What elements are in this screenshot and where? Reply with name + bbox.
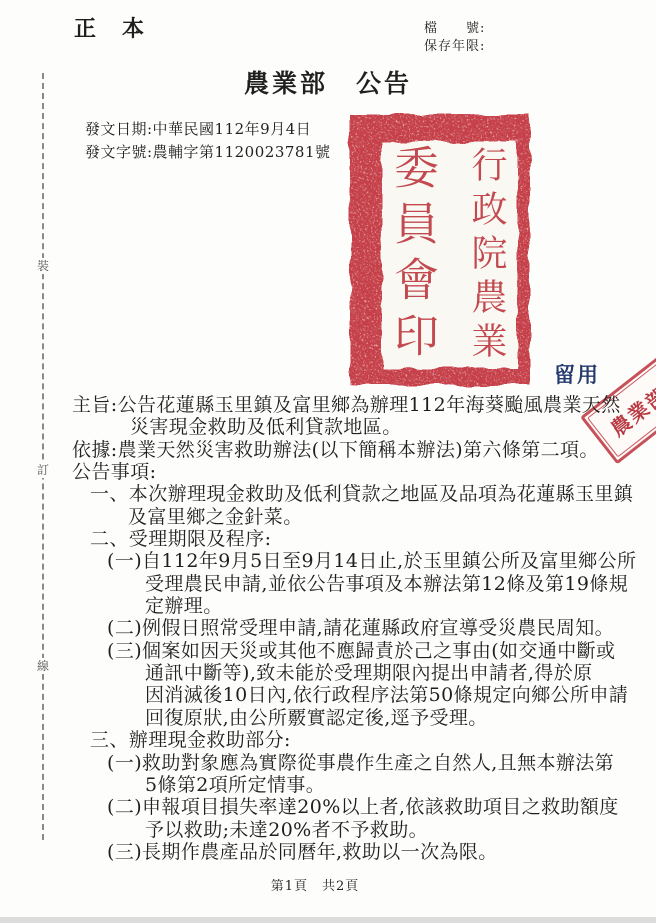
issue-date: 發文日期:中華民國112年9月4日 <box>85 118 331 141</box>
body-line: 通訊中斷等),致未能於受理期限內提出申請者,得於原 <box>72 662 638 684</box>
body-line: 一、本次辦理現金救助及低利貸款之地區及品項為花蓮縣玉里鎮 <box>72 483 638 505</box>
body-line: (三)長期作農產品於同曆年,救助以一次為限。 <box>72 841 638 863</box>
body-line: 主旨:公告花蓮縣玉里鎮及富里鄉為辦理112年海葵颱風農業天然 <box>72 394 638 416</box>
body-line: 二、受理期限及程序: <box>72 528 638 550</box>
body-line: 定辦理。 <box>72 595 638 617</box>
body-line: (一)自112年9月5日至9月14日止,於玉里鎮公所及富里鄉公所 <box>72 550 638 572</box>
body-line: 予以救助;未達20%者不予救助。 <box>72 819 638 841</box>
copy-type-label: 正 本 <box>74 12 146 43</box>
file-number-block: 檔 號: 保存年限: <box>424 20 485 56</box>
body-line: 公告事項: <box>72 461 638 483</box>
page-number-footer: 第1頁 共2頁 <box>0 875 630 894</box>
body-line: 回復原狀,由公所覈實認定後,逕予受理。 <box>72 707 638 729</box>
official-seal-stamp: 行政院農業 委員會印 <box>345 110 535 390</box>
binding-char-zhuang: 裝 <box>37 258 49 274</box>
binding-char-xian: 線 <box>37 658 49 674</box>
body-line: 依據:農業天然災害救助辦法(以下簡稱本辦法)第六條第二項。 <box>72 439 638 461</box>
body-line: 及富里鄉之金針菜。 <box>72 506 638 528</box>
body-lines: 主旨:公告花蓮縣玉里鎮及富里鄉為辦理112年海葵颱風農業天然災害現金救助及低利貸… <box>72 394 638 863</box>
body-line: 因消滅後10日內,依行政程序法第50條規定向鄉公所申請 <box>72 684 638 706</box>
document-page: 正 本 檔 號: 保存年限: 農業部 公告 發文日期:中華民國112年9月4日 … <box>0 0 656 923</box>
body-line: 5條第2項所定情事。 <box>72 774 638 796</box>
page-title: 農業部 公告 <box>0 64 656 100</box>
body-line: (三)個案如因天災或其他不應歸責於己之事由(如交通中斷或 <box>72 640 638 662</box>
body-line: (二)申報項目損失率達20%以上者,依該救助項目之救助額度 <box>72 796 638 818</box>
file-number-label: 檔 號: <box>424 20 485 38</box>
seal-script-right-column: 行政院農業 <box>448 144 512 368</box>
keep-label: 留用 <box>554 359 600 389</box>
issue-ref-number: 發文字號:農輔字第1120023781號 <box>85 141 331 164</box>
body-line: 三、辦理現金救助部分: <box>72 729 638 751</box>
body-line: (二)例假日照常受理申請,請花蓮縣政府宣導受災農民周知。 <box>72 617 638 639</box>
retention-period-label: 保存年限: <box>424 38 485 56</box>
body-line: (一)救助對象應為實際從事農作生產之自然人,且無本辦法第 <box>72 752 638 774</box>
body-line: 受理農民申請,並依公告事項及本辦法第12條及第19條規 <box>72 573 638 595</box>
seal-script-left-column: 委員會印 <box>383 143 445 369</box>
binding-char-ding: 訂 <box>37 462 49 478</box>
body-line: 災害現金救助及低利貸款地區。 <box>72 416 638 438</box>
document-meta: 發文日期:中華民國112年9月4日 發文字號:農輔字第1120023781號 <box>85 118 331 164</box>
binding-dashed-line <box>42 73 44 840</box>
bottom-edge-bar <box>0 917 656 923</box>
